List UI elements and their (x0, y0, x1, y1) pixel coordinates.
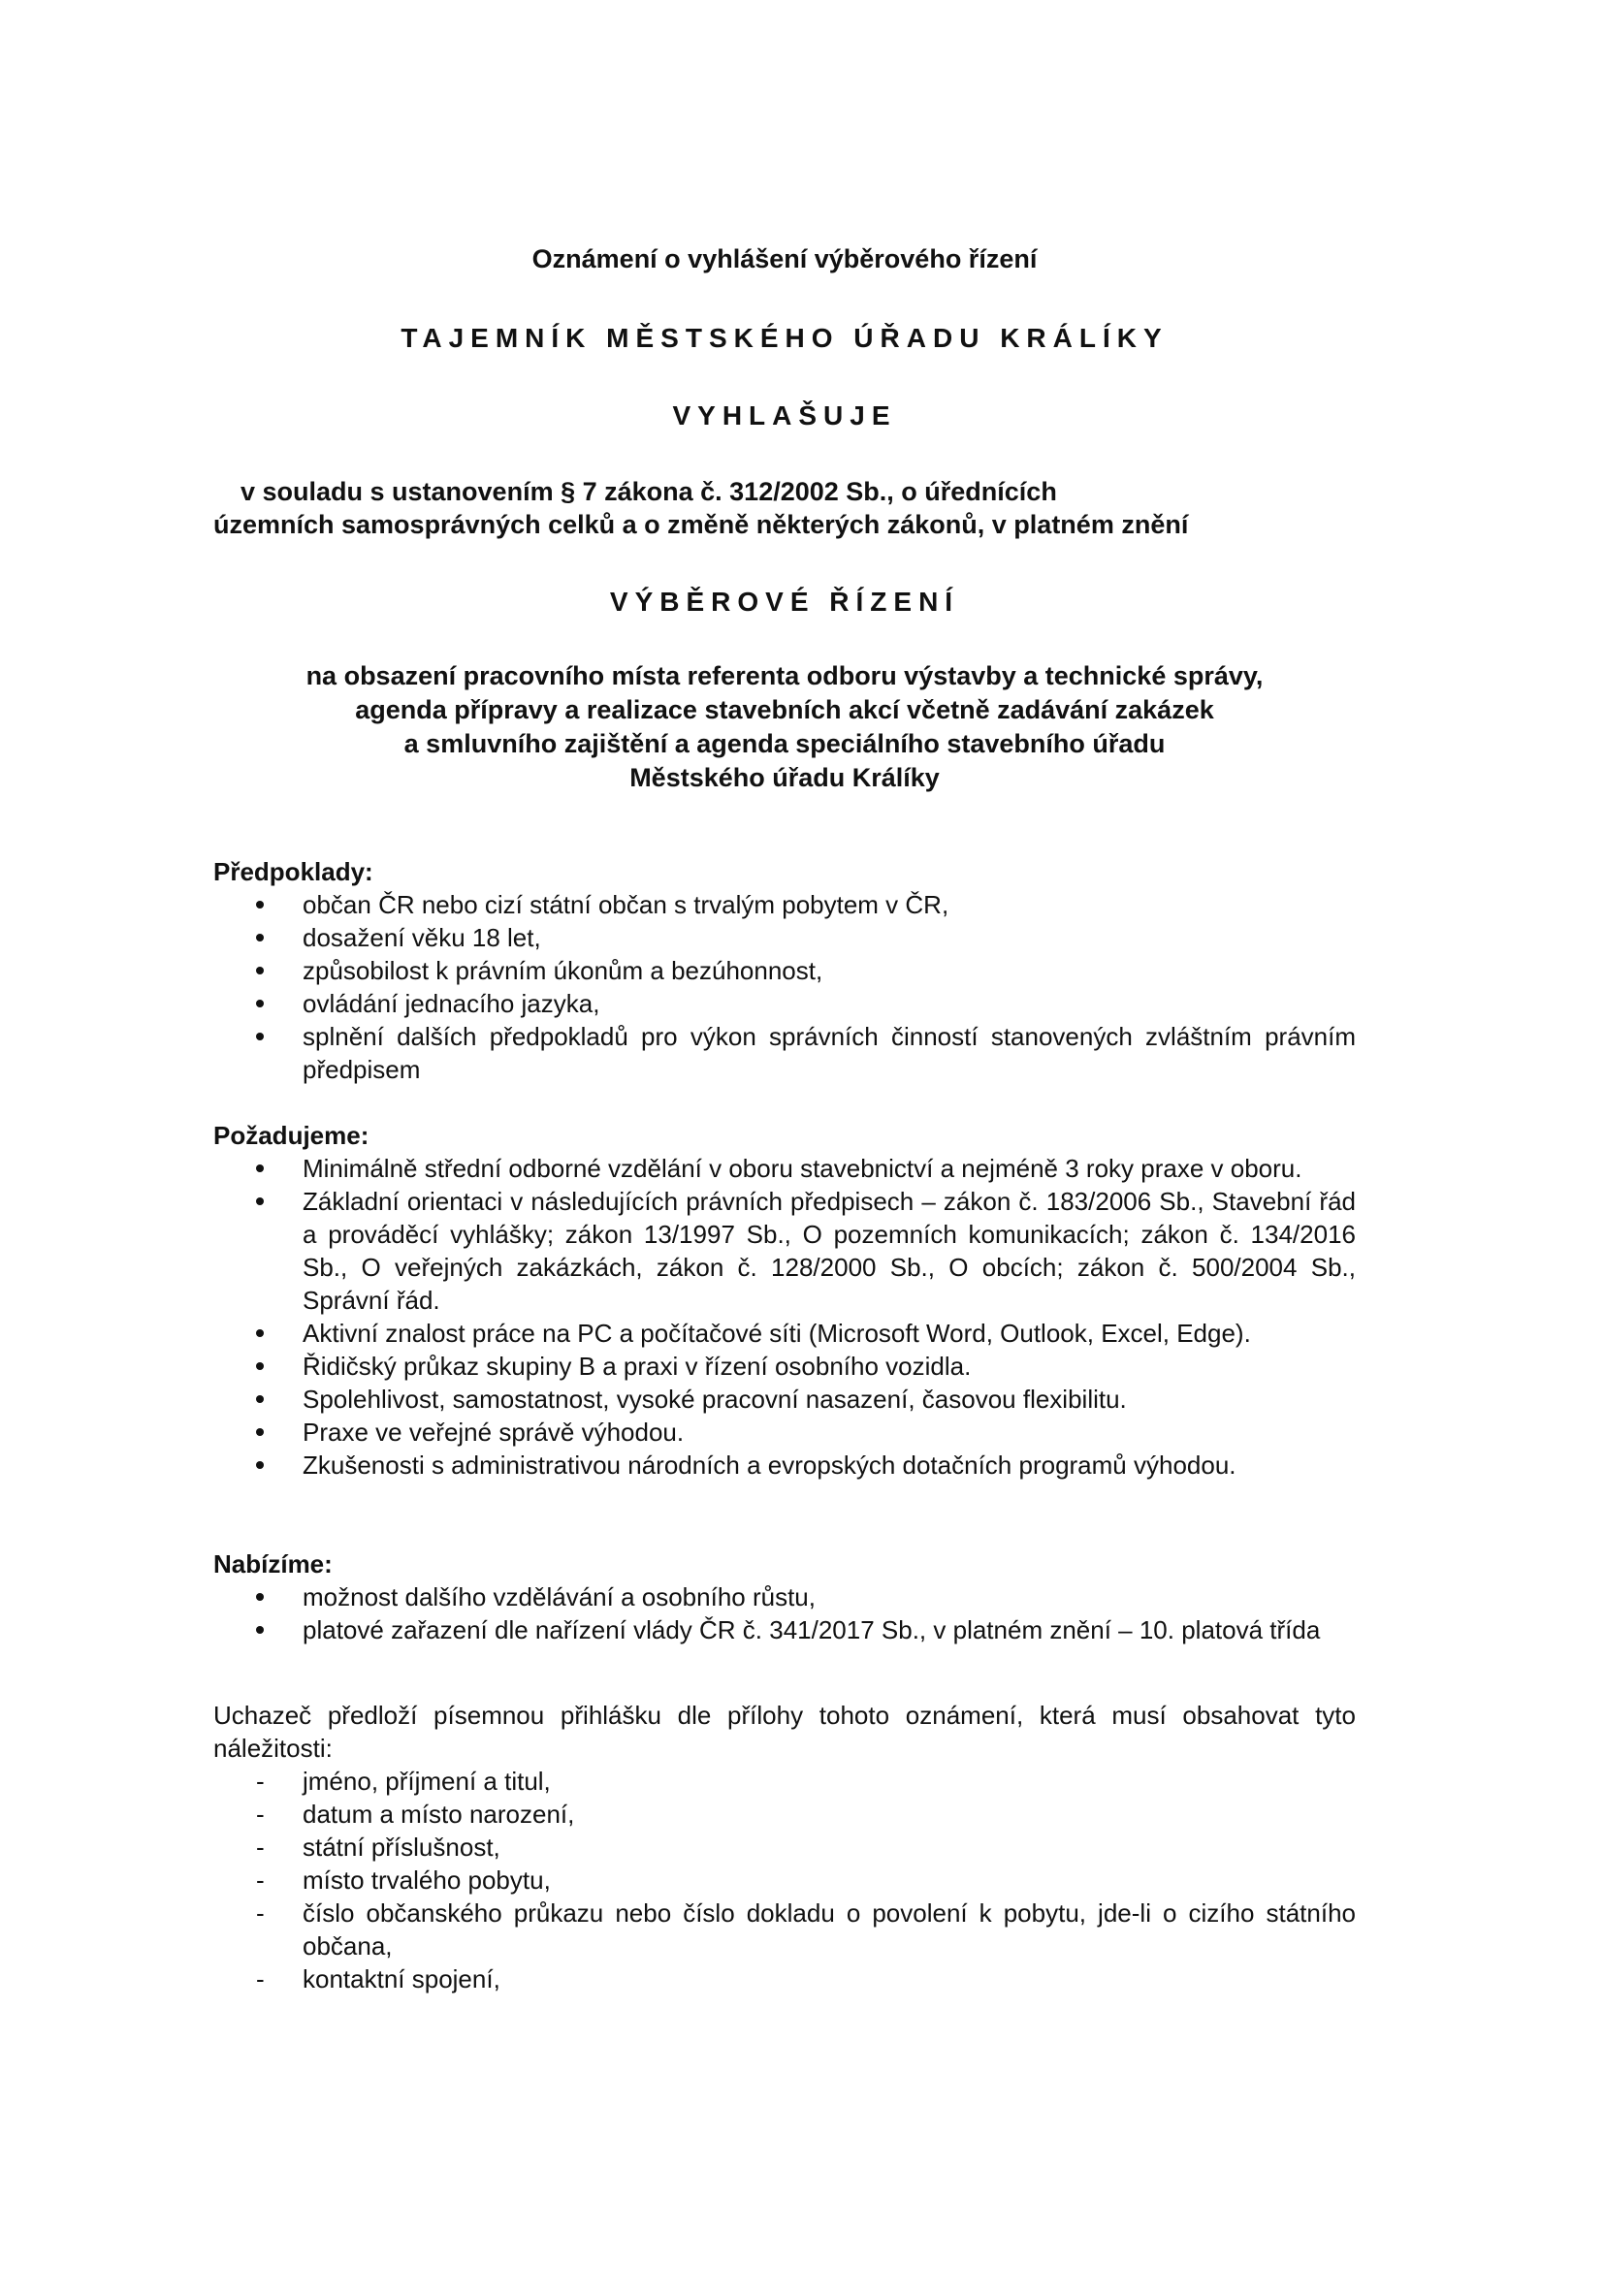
list-item: Základní orientaci v následujících právn… (213, 1185, 1356, 1317)
list-item-text: Spolehlivost, samostatnost, vysoké praco… (303, 1385, 1127, 1414)
list-item: ovládání jednacího jazyka, (213, 987, 1356, 1020)
list-item: -číslo občanského průkazu nebo číslo dok… (213, 1897, 1356, 1962)
list-item: -místo trvalého pobytu, (213, 1864, 1356, 1897)
list-item: občan ČR nebo cizí státní občan s trvalý… (213, 888, 1356, 921)
legal-basis-line-1: v souladu s ustanovením § 7 zákona č. 31… (241, 477, 1057, 506)
list-item: -jméno, příjmení a titul, (213, 1765, 1356, 1798)
list-item: -kontaktní spojení, (213, 1962, 1356, 1995)
list-item: Praxe ve veřejné správě výhodou. (213, 1416, 1356, 1449)
bullet-icon (256, 954, 275, 987)
legal-basis: v souladu s ustanovením § 7 zákona č. 31… (213, 475, 1356, 541)
bullet-icon (256, 1152, 275, 1185)
list-item-text: možnost dalšího vzdělávání a osobního rů… (303, 1582, 816, 1611)
list-item: dosažení věku 18 let, (213, 921, 1356, 954)
list-item-text: Základní orientaci v následujících právn… (303, 1187, 1356, 1315)
list-item-text: občan ČR nebo cizí státní občan s trvalý… (303, 890, 948, 919)
bullet-icon (256, 987, 275, 1020)
list-item-text: Praxe ve veřejné správě výhodou. (303, 1418, 684, 1447)
position-line: Městského úřadu Králíky (213, 761, 1356, 795)
position-line: agenda přípravy a realizace stavebních a… (213, 693, 1356, 727)
legal-basis-line-2: územních samosprávných celků a o změně n… (213, 508, 1356, 541)
bullet-icon (256, 1350, 275, 1383)
dash-icon: - (256, 1765, 275, 1798)
list-item-text: jméno, příjmení a titul, (303, 1767, 551, 1796)
bullet-icon (256, 888, 275, 921)
announces-heading: VYHLAŠUJE (213, 399, 1356, 432)
list-item-text: způsobilost k právním úkonům a bezúhonno… (303, 956, 822, 985)
list-item: -státní příslušnost, (213, 1831, 1356, 1864)
bullet-icon (256, 1317, 275, 1350)
list-item-text: dosažení věku 18 let, (303, 923, 541, 952)
bullet-icon (256, 921, 275, 954)
list-item-text: splnění dalších předpokladů pro výkon sp… (303, 1022, 1356, 1084)
procedure-heading: VÝBĚROVÉ ŘÍZENÍ (213, 586, 1356, 619)
list-item-text: číslo občanského průkazu nebo číslo dokl… (303, 1898, 1356, 1961)
dash-icon: - (256, 1798, 275, 1831)
application-intro: Uchazeč předloží písemnou přihlášku dle … (213, 1699, 1356, 1765)
offer-list: možnost dalšího vzdělávání a osobního rů… (213, 1580, 1356, 1646)
requirements-heading: Požadujeme: (213, 1119, 1356, 1152)
position-line: a smluvního zajištění a agenda speciální… (213, 727, 1356, 761)
list-item-text: Zkušenosti s administrativou národních a… (303, 1451, 1236, 1480)
list-item: Řidičský průkaz skupiny B a praxi v říze… (213, 1350, 1356, 1383)
dash-icon: - (256, 1897, 275, 1929)
list-item: Zkušenosti s administrativou národních a… (213, 1449, 1356, 1482)
requirements-list: Minimálně střední odborné vzdělání v obo… (213, 1152, 1356, 1482)
position-line: na obsazení pracovního místa referenta o… (213, 659, 1356, 693)
list-item: platové zařazení dle nařízení vlády ČR č… (213, 1613, 1356, 1646)
dash-icon: - (256, 1962, 275, 1995)
bullet-icon (256, 1185, 275, 1218)
list-item-text: platové zařazení dle nařízení vlády ČR č… (303, 1615, 1320, 1644)
list-item-text: Řidičský průkaz skupiny B a praxi v říze… (303, 1352, 971, 1381)
list-item: způsobilost k právním úkonům a bezúhonno… (213, 954, 1356, 987)
prerequisites-heading: Předpoklady: (213, 855, 1356, 888)
list-item: Spolehlivost, samostatnost, vysoké praco… (213, 1383, 1356, 1416)
bullet-icon (256, 1383, 275, 1416)
bullet-icon (256, 1613, 275, 1646)
list-item-text: místo trvalého pobytu, (303, 1865, 551, 1895)
dash-icon: - (256, 1831, 275, 1864)
position-description: na obsazení pracovního místa referenta o… (213, 659, 1356, 795)
document-page: Oznámení o vyhlášení výběrového řízení T… (213, 242, 1356, 1995)
list-item-text: Minimálně střední odborné vzdělání v obo… (303, 1154, 1301, 1183)
document-title: Oznámení o vyhlášení výběrového řízení (213, 242, 1356, 275)
list-item: Aktivní znalost práce na PC a počítačové… (213, 1317, 1356, 1350)
list-item: možnost dalšího vzdělávání a osobního rů… (213, 1580, 1356, 1613)
list-item-text: Aktivní znalost práce na PC a počítačové… (303, 1319, 1251, 1348)
bullet-icon (256, 1020, 275, 1053)
list-item-text: státní příslušnost, (303, 1833, 500, 1862)
application-requirements-list: -jméno, příjmení a titul, -datum a místo… (213, 1765, 1356, 1995)
dash-icon: - (256, 1864, 275, 1897)
list-item: splnění dalších předpokladů pro výkon sp… (213, 1020, 1356, 1086)
issuer-heading: TAJEMNÍK MĚSTSKÉHO ÚŘADU KRÁLÍKY (213, 322, 1356, 355)
bullet-icon (256, 1449, 275, 1482)
list-item: Minimálně střední odborné vzdělání v obo… (213, 1152, 1356, 1185)
offer-heading: Nabízíme: (213, 1547, 1356, 1580)
list-item: -datum a místo narození, (213, 1798, 1356, 1831)
list-item-text: datum a místo narození, (303, 1800, 574, 1829)
bullet-icon (256, 1416, 275, 1449)
list-item-text: ovládání jednacího jazyka, (303, 989, 599, 1018)
list-item-text: kontaktní spojení, (303, 1964, 500, 1993)
prerequisites-list: občan ČR nebo cizí státní občan s trvalý… (213, 888, 1356, 1086)
bullet-icon (256, 1580, 275, 1613)
